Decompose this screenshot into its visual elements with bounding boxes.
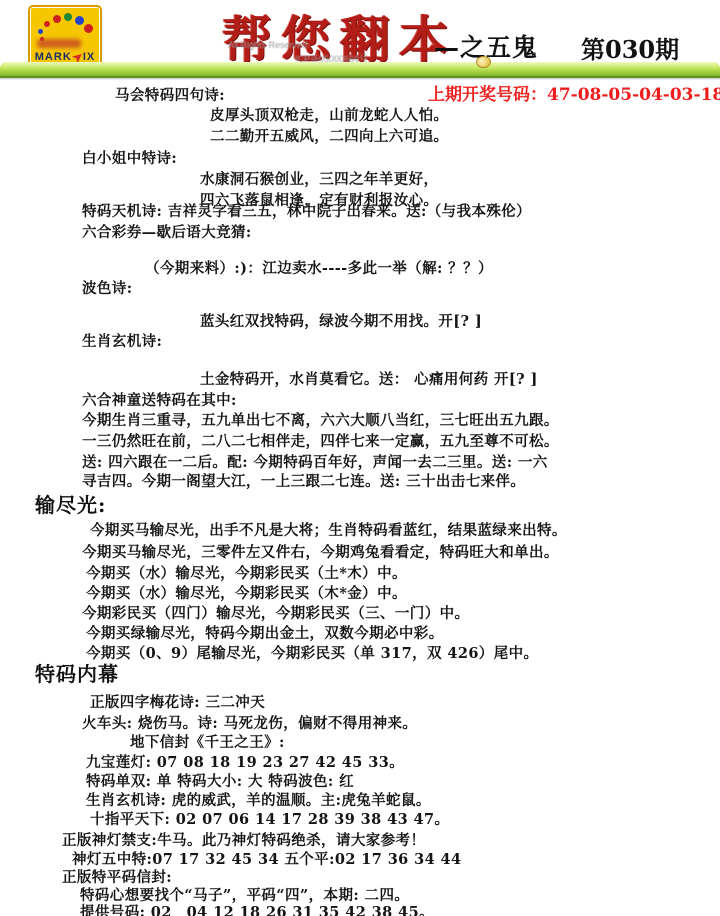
- section-heading-shujinguang: 输尽光:: [35, 489, 106, 518]
- text-line: 水康洞石猴创业，三四之年羊更好，: [200, 168, 438, 189]
- text-line: 火车头: 烧伤马。诗: 马死龙伤，偏财不得用神来。: [82, 712, 417, 733]
- section-heading-temaneimu: 特码内幕: [35, 658, 119, 687]
- marksix-logo: MARK➤IX: [28, 5, 102, 69]
- logo-dot-icon: [64, 13, 72, 21]
- text-line: 提供号码: 02 04 12 18 26 31 35 42 38 45。: [80, 901, 434, 916]
- text-line: 六合彩券—歇后语大竞猜:: [82, 221, 252, 242]
- text-line: 今期彩民买（四门）输尽光，今期彩民买（三、一门）中。: [82, 602, 469, 623]
- last-draw-value: 47-08-05-04-03-18+01: [547, 85, 720, 105]
- text-line: 送: 四六跟在一二后。配: 今期特码百年好，声闻一去二三里。送: 一六: [82, 451, 548, 472]
- issue-number: 第030期: [581, 30, 679, 65]
- text-line: 今期生肖三重寻，五九单出七不离，六六大顺八当红，三七旺出五九跟。: [82, 409, 559, 430]
- text-line: 特码单双: 单 特码大小: 大 特码波色: 红: [86, 770, 354, 791]
- text-line: 今期买马输尽光，出手不凡是大将；生肖特码看蓝红，结果蓝绿来出特。: [90, 519, 567, 540]
- text-line: 正版神灯禁支:牛马。此乃神灯特码绝杀，请大家参考！: [62, 829, 425, 850]
- text-line: 六合神童送特码在其中:: [82, 389, 237, 410]
- last-draw-numbers: 上期开奖号码：47-08-05-04-03-18+01: [428, 80, 720, 105]
- last-draw-label: 上期开奖号码：: [428, 85, 547, 105]
- text-line: 寻吉四。今期一阁望大江，一上三跟二七连。送: 三十出击七来伴。: [82, 470, 525, 491]
- logo-dot-icon: [38, 29, 43, 34]
- egg-icon: [476, 56, 491, 68]
- text-line: 波色诗:: [82, 277, 132, 298]
- grass-divider: [0, 62, 720, 78]
- lottery-tip-sheet: { "brand": { "logo_mark": "MARK", "logo_…: [0, 0, 720, 916]
- text-line: 九宝莲灯: 07 08 18 19 23 27 42 45 33。: [86, 751, 404, 772]
- text-line: 今期买（0、9）尾输尽光，今期彩民买（单 317，双 426）尾中。: [86, 642, 538, 663]
- text-line: 今期买（水）输尽光，今期彩民买（木*金）中。: [86, 582, 407, 603]
- text-line: 生肖玄机诗: 虎的威武，羊的温顺。主:虎兔羊蛇鼠。: [86, 789, 431, 810]
- text-line: 马会特码四句诗:: [115, 84, 225, 105]
- text-line: 土金特码开，水肖莫看它。送： 心痛用何药 开[? ]: [200, 368, 538, 389]
- logo-dot-icon: [84, 24, 93, 33]
- text-line: 生肖玄机诗:: [82, 330, 162, 351]
- logo-wordmark: MARK➤IX: [30, 49, 100, 63]
- text-line: 地下信封《千王之王》:: [130, 731, 285, 752]
- watermark-text: All Rights Reserved.: [228, 40, 528, 50]
- text-line: 白小姐中特诗:: [82, 147, 177, 168]
- text-line: 二二勤开五威风，二四向上六可追。: [210, 125, 448, 146]
- text-line: 蓝头红双找特码，绿波今期不用找。开[? ]: [200, 310, 482, 331]
- logo-dot-icon: [53, 15, 61, 23]
- text-line: 正版四字梅花诗: 三二冲天: [90, 691, 265, 712]
- text-line: 今期买（水）输尽光，今期彩民买（土*木）中。: [86, 562, 407, 583]
- text-line: 一三仍然旺在前，二八二七相伴走，四伴七来一定赢，五九至尊不可松。: [82, 430, 559, 451]
- logo-dot-icon: [44, 21, 50, 27]
- text-line: （今期来料）:)：江边卖水----多此一举（解: ？？）: [145, 257, 493, 278]
- text-line: 今期买绿输尽光，特码今期出金土，双数今期必中彩。: [86, 622, 444, 643]
- text-line: 十指平天下: 02 07 06 14 17 28 39 38 43 47。: [90, 808, 449, 829]
- text-line: 特码天机诗: 吉祥灵字看三五，林中院子出春来。送:（与我本殊伦）: [82, 200, 531, 221]
- logo-dot-icon: [75, 16, 84, 25]
- logo-red-smear: [37, 39, 81, 48]
- text-line: 皮厚头顶双枪走，山前龙蛇人人怕。: [210, 104, 448, 125]
- text-line: 今期买马输尽光，三零件左又件右，今期鸡兔看看定，特码旺大和单出。: [82, 541, 559, 562]
